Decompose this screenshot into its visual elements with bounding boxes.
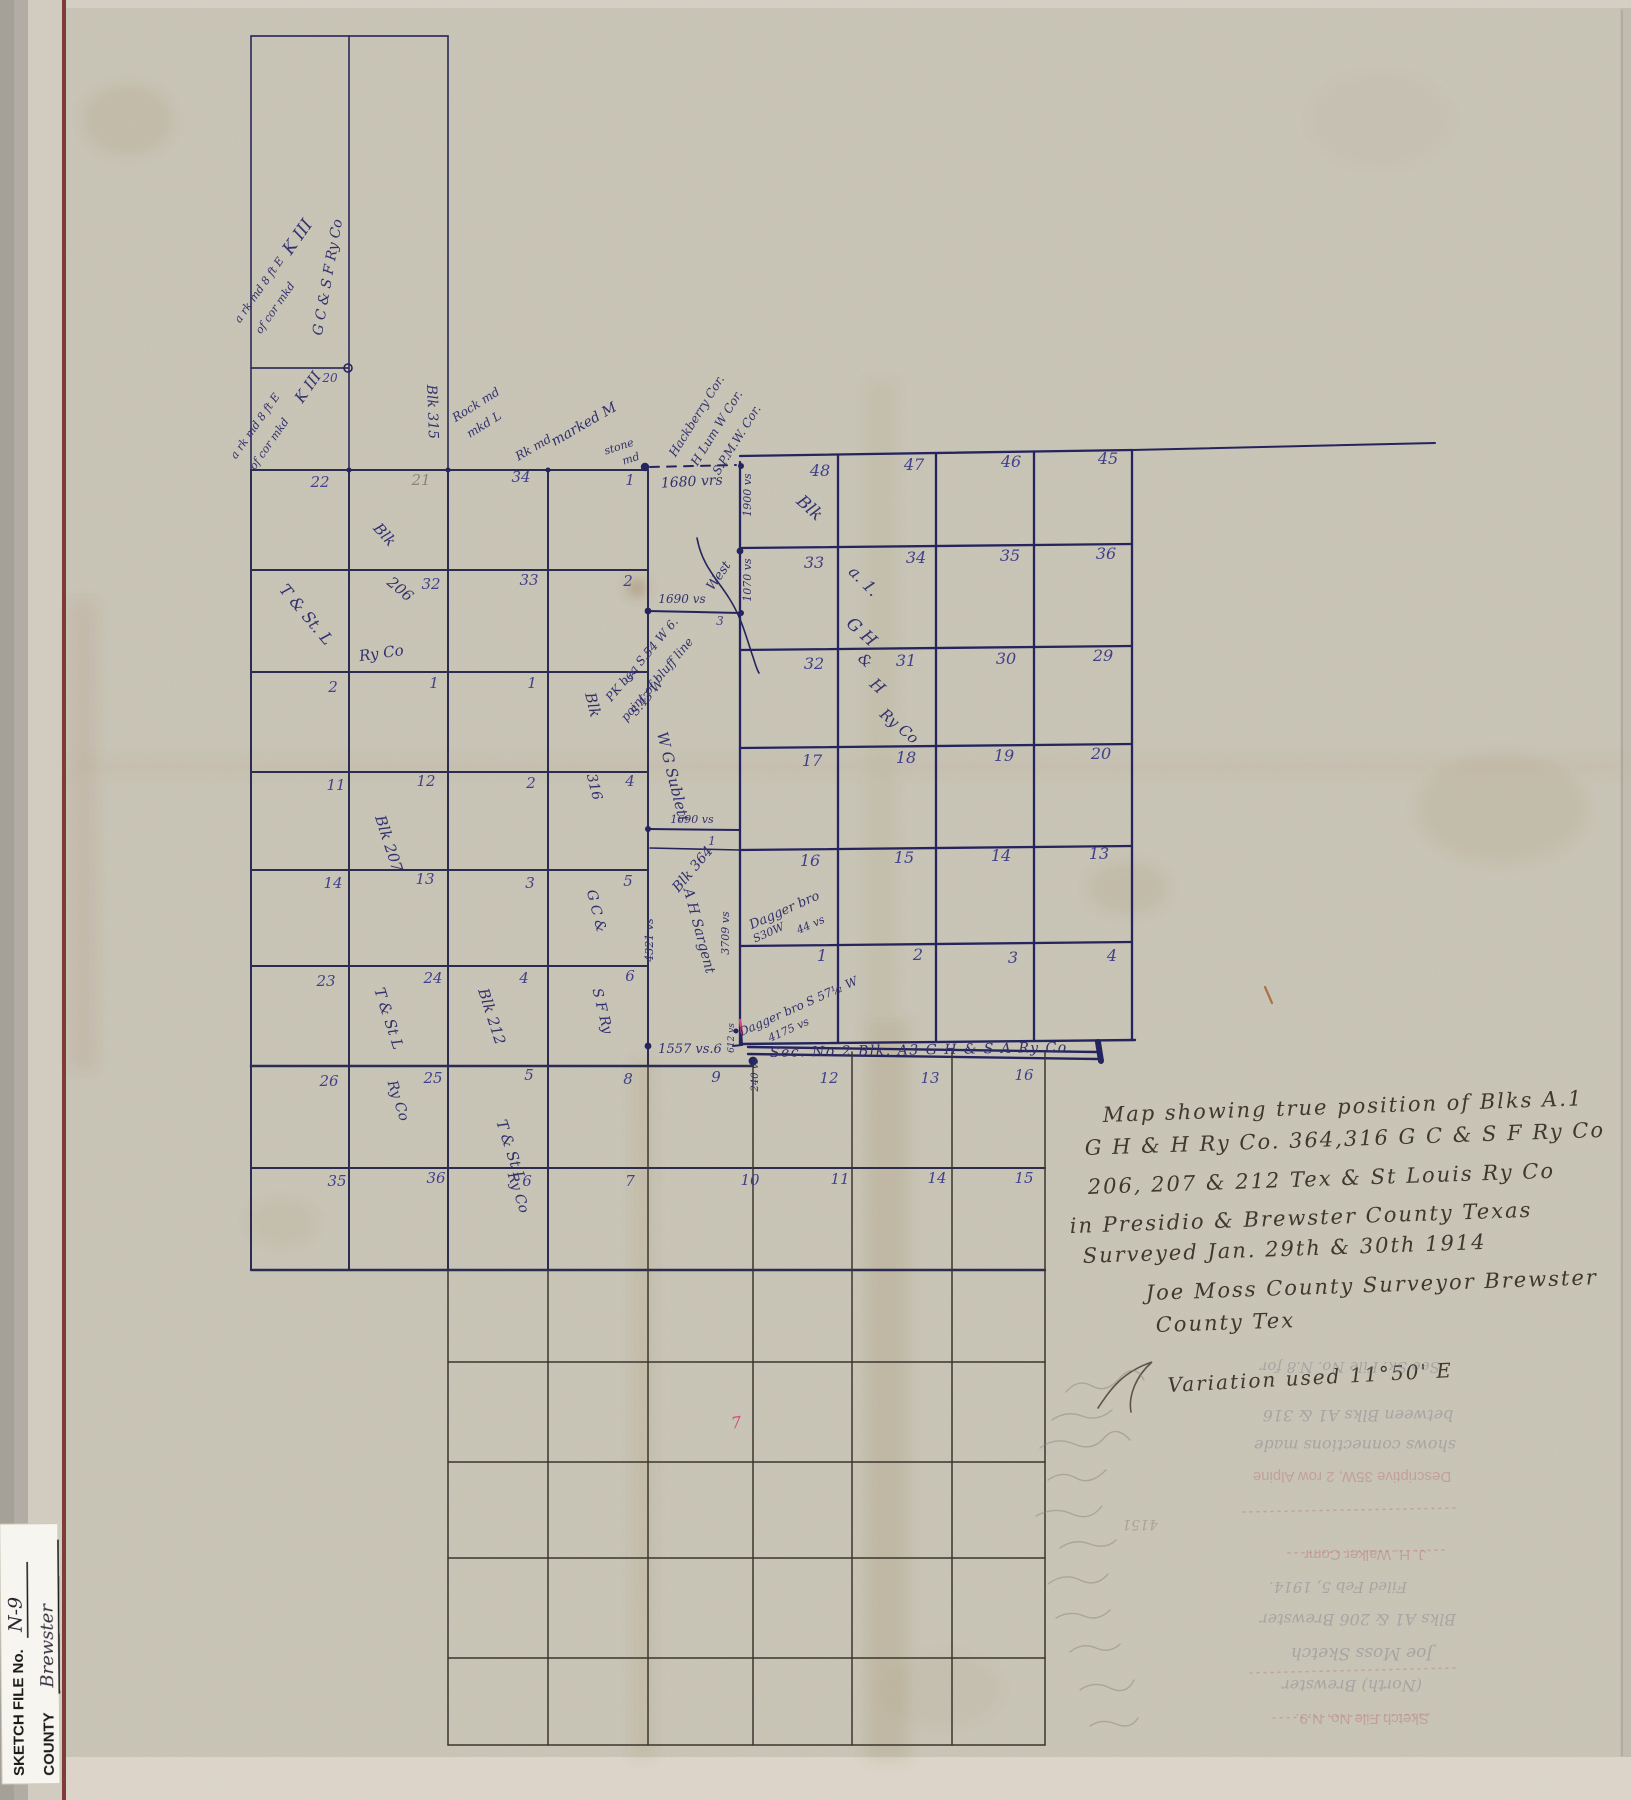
distance: 1680 vrs bbox=[660, 472, 723, 491]
distance: 612 vs bbox=[727, 1023, 737, 1053]
section-number: 18 bbox=[896, 748, 916, 767]
section-number: 4 bbox=[1106, 946, 1117, 965]
sticker-file-number: N-9 bbox=[4, 1597, 26, 1633]
section-number: 36 bbox=[1096, 544, 1116, 563]
bleed-through-line: Blks A1 & 206 Brewster bbox=[1259, 1610, 1457, 1629]
section-number: 13 bbox=[415, 870, 434, 888]
section-number: 1 bbox=[817, 946, 827, 965]
section-number: 13 bbox=[1089, 844, 1109, 863]
bleed-through-line: shows connections made bbox=[1254, 1436, 1456, 1455]
section-number: 13 bbox=[920, 1069, 939, 1087]
section-number: 34 bbox=[906, 548, 926, 567]
section-number: 5 bbox=[623, 872, 633, 890]
section-number: 47 bbox=[903, 455, 925, 474]
section-number: 15 bbox=[894, 848, 914, 867]
section-number: 12 bbox=[416, 772, 435, 790]
section-number: 16 bbox=[800, 851, 820, 870]
section-number: 7 bbox=[625, 1172, 635, 1190]
bleed-through-line: Joe Moss Sketch bbox=[1291, 1643, 1436, 1663]
section-number: 11 bbox=[326, 776, 345, 794]
section-number: 20 bbox=[1090, 744, 1111, 763]
section-number: 5 bbox=[524, 1066, 534, 1084]
section-number: 48 bbox=[809, 461, 830, 480]
sticker-printed-county: COUNTY bbox=[40, 1712, 58, 1775]
section-number: 35 bbox=[1000, 546, 1020, 565]
corner-number: 3 bbox=[716, 614, 724, 628]
distance: 1900 vs bbox=[741, 473, 754, 517]
sticker-printed-sketch-file: SKETCH FILE No. bbox=[10, 1649, 28, 1776]
bleed-through-line: Filed Feb 5, 1914. bbox=[1269, 1578, 1408, 1596]
section-number: 6 bbox=[522, 1172, 532, 1190]
section-number: 26 bbox=[318, 1072, 339, 1090]
section-number: 22 bbox=[309, 473, 329, 491]
section-number: 33 bbox=[804, 553, 824, 572]
distance: 1690 vs bbox=[658, 592, 705, 606]
distance: 1557 vs.6 bbox=[658, 1042, 722, 1057]
section-number: 34 bbox=[511, 468, 530, 486]
bleed-through-line: Sketch File No. N.9. bbox=[1295, 1710, 1428, 1727]
section-number: 4 bbox=[624, 772, 635, 790]
corner-number: 1 bbox=[708, 834, 716, 848]
red-margin-line bbox=[62, 0, 67, 1800]
section-number: 3 bbox=[1008, 948, 1018, 967]
section-number: 23 bbox=[315, 972, 335, 990]
section-number: 2 bbox=[525, 774, 536, 792]
section-number: 31 bbox=[896, 651, 916, 670]
section-number: 10 bbox=[740, 1171, 760, 1189]
section-number: 33 bbox=[519, 571, 538, 589]
bleed-through-line: Descriptive 35W, 2 row Alpine bbox=[1253, 1468, 1451, 1485]
section-number: 2 bbox=[622, 572, 633, 590]
section-number: 12 bbox=[819, 1069, 838, 1087]
section-number: 16 bbox=[1014, 1066, 1034, 1084]
sticker-county-name: Brewster bbox=[36, 1603, 58, 1689]
bleed-through-pencil: 4151 bbox=[1122, 1516, 1159, 1532]
section-number: 1 bbox=[527, 674, 537, 692]
section-number: 11 bbox=[830, 1170, 849, 1188]
bleed-through-line: between Blks A1 & 316 bbox=[1263, 1406, 1454, 1425]
section-number: 2 bbox=[912, 945, 923, 964]
section-number: 25 bbox=[422, 1069, 442, 1087]
section-number: 15 bbox=[1014, 1169, 1033, 1187]
section-number: 14 bbox=[927, 1169, 946, 1187]
section-number: 17 bbox=[802, 751, 823, 770]
section-number: 3 bbox=[625, 668, 635, 686]
section-number: 1 bbox=[625, 471, 635, 489]
section-number: 21 bbox=[410, 471, 430, 489]
section-number: 36 bbox=[426, 1169, 446, 1187]
sketch-file-sticker: SKETCH FILE No. N-9 COUNTY Brewster bbox=[0, 1524, 60, 1784]
bleed-through-line: (North) Brewster bbox=[1281, 1676, 1422, 1695]
section-number: 4 bbox=[518, 969, 529, 987]
distance: 1070 vs bbox=[741, 558, 754, 602]
section-number: 35 bbox=[327, 1172, 346, 1190]
section-number: 24 bbox=[422, 969, 442, 987]
distance: 4321 vs bbox=[643, 918, 656, 963]
section-number: 30 bbox=[996, 649, 1016, 668]
section-number: 3 bbox=[525, 874, 535, 892]
section-number: 46 bbox=[1000, 452, 1021, 471]
section-number: 14 bbox=[323, 874, 342, 892]
section-number: 1 bbox=[429, 674, 439, 692]
bleed-through-line: See Sk. File No. N.8 for bbox=[1259, 1358, 1440, 1376]
section-number: 2 bbox=[327, 678, 338, 696]
section-number: 32 bbox=[804, 654, 824, 673]
section-number: 29 bbox=[1092, 646, 1113, 665]
bleed-through-line: J. H. Walker Comr bbox=[1304, 1546, 1426, 1563]
section-number: 19 bbox=[994, 746, 1014, 765]
section-number: 45 bbox=[1097, 449, 1118, 468]
title-line: County Tex bbox=[1155, 1308, 1295, 1337]
block-label-315: Blk 315 bbox=[423, 383, 441, 439]
map-canvas: K IIIa rk md 8 ft Eof cor mkdG C & S F R… bbox=[0, 0, 1631, 1800]
section-number: 14 bbox=[991, 846, 1011, 865]
section-number: 8 bbox=[623, 1070, 633, 1088]
scanned-sketch-map-page: K IIIa rk md 8 ft Eof cor mkdG C & S F R… bbox=[0, 0, 1631, 1800]
section-number: 9 bbox=[711, 1068, 721, 1086]
distance: 3709 vs bbox=[719, 911, 732, 955]
distance: 1690 vs bbox=[670, 813, 714, 826]
section-number: 32 bbox=[421, 575, 440, 593]
distance: 240 vs bbox=[750, 1058, 761, 1092]
section-number: 6 bbox=[625, 967, 635, 985]
paper-texture bbox=[66, 0, 1631, 1800]
